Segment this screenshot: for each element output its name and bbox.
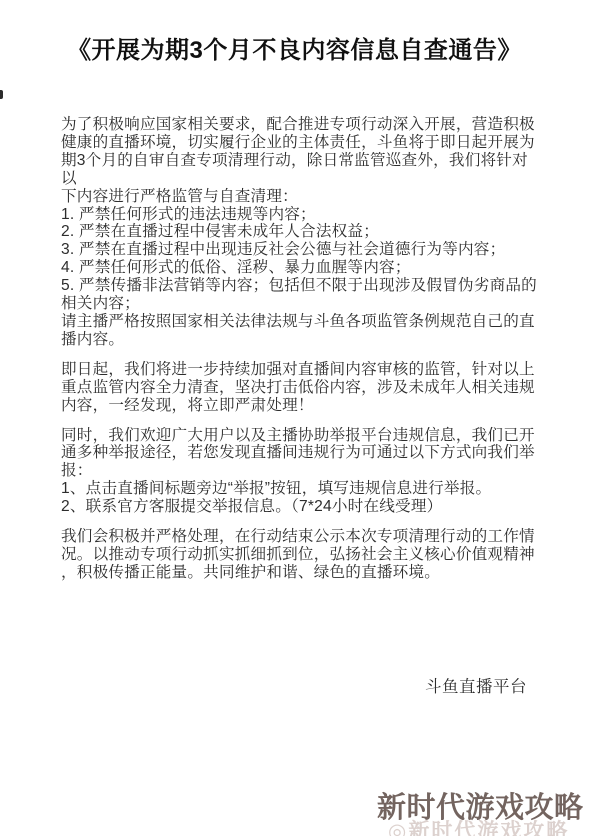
- paragraph-closing: 我们会积极并严格处理，在行动结束公示本次专项清理行动的工作情 况。以推动专项行动…: [61, 528, 539, 582]
- notice-page: 《开展为期3个月不良内容信息自查通告》 为了积极响应国家相关要求，配合推进专项行…: [0, 0, 589, 836]
- paragraph-report-channels: 同时，我们欢迎广大用户以及主播协助举报平台违规信息，我们已开 通多种举报途径，若…: [61, 427, 539, 517]
- notice-body: 为了积极响应国家相关要求，配合推进专项行动深入开展，营造积极 健康的直播环境，切…: [61, 116, 539, 594]
- paragraph-enforcement: 即日起，我们将进一步持续加强对直播间内容审核的监管，针对以上 重点监管内容全力清…: [61, 361, 539, 415]
- paragraph-intro-and-rules: 为了积极响应国家相关要求，配合推进专项行动深入开展，营造积极 健康的直播环境，切…: [61, 116, 539, 349]
- left-edge-artifact: [0, 90, 3, 99]
- signature-platform-name: 斗鱼直播平台: [61, 678, 527, 696]
- notice-title: 《开展为期3个月不良内容信息自查通告》: [0, 36, 589, 66]
- watermark-subtext: ◎新时代游戏攻略: [388, 821, 569, 836]
